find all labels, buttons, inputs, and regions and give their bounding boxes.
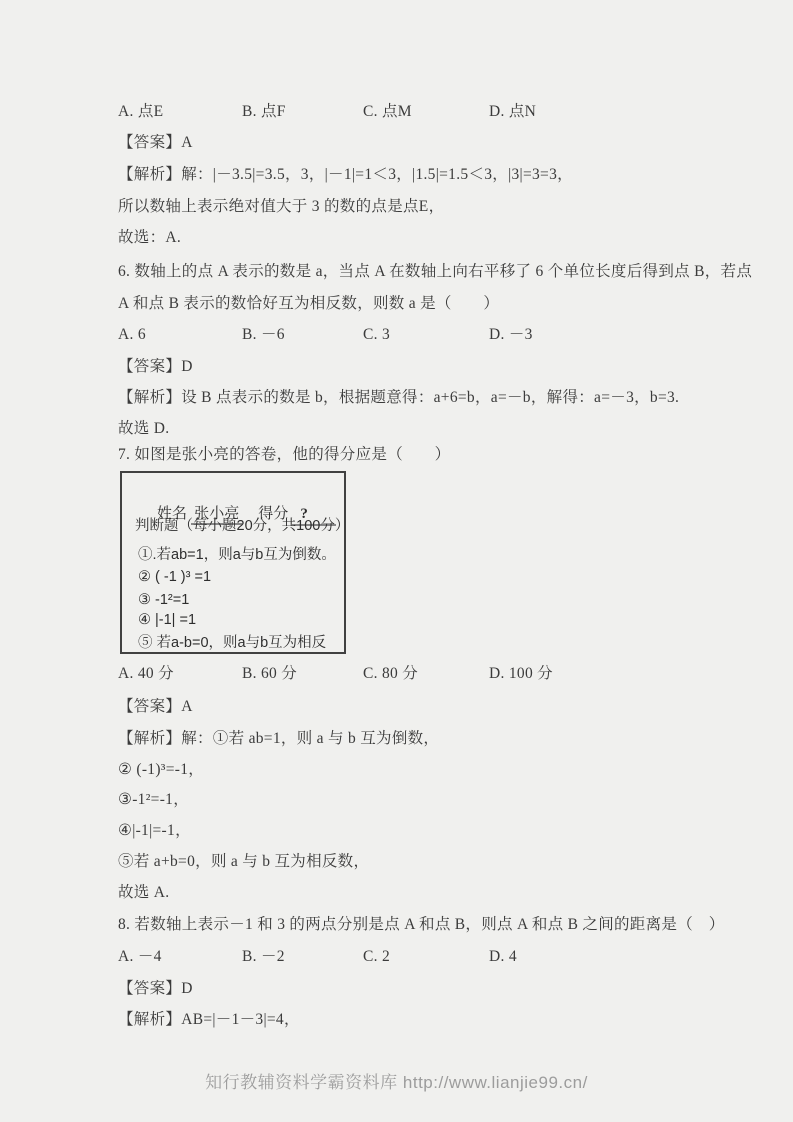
option-d: D. 4 <box>489 947 738 967</box>
question-7-analysis-line-2: ② (-1)³=-1， <box>118 760 204 780</box>
question-8-answer: 【答案】D <box>118 979 193 999</box>
option-a: A. 6 <box>118 325 242 345</box>
question-8-options-row: A. －4 B. －2 C. 2 D. 4 <box>118 947 738 967</box>
option-c: C. 点M <box>363 102 489 122</box>
option-b: B. 60 分 <box>242 664 363 684</box>
question-7-analysis-line-5: ⑤若 a+b=0，则 a 与 b 互为相反数， <box>118 852 369 872</box>
option-b: B. －6 <box>242 325 363 345</box>
question-5-analysis-line-1: 【解析】解：|－3.5|=3.5，3，|－1|=1＜3，|1.5|=1.5＜3，… <box>118 165 573 185</box>
question-7-conclusion: 故选 A. <box>118 883 169 903</box>
question-5-answer: 【答案】A <box>118 133 193 153</box>
option-c: C. 2 <box>363 947 489 967</box>
option-d: D. 100 分 <box>489 664 738 684</box>
answer-sheet-item-1: ①.若ab=1，则a与b互为倒数。 <box>138 543 336 564</box>
question-6-answer: 【答案】D <box>118 357 193 377</box>
option-b: B. －2 <box>242 947 363 967</box>
option-d: D. 点N <box>489 102 738 122</box>
question-7-options-row: A. 40 分 B. 60 分 C. 80 分 D. 100 分 <box>118 664 738 684</box>
question-5-options-row: A. 点E B. 点F C. 点M D. 点N <box>118 102 738 122</box>
option-a: A. 点E <box>118 102 242 122</box>
question-8-stem: 8. 若数轴上表示－1 和 3 的两点分别是点 A 和点 B，则点 A 和点 B… <box>118 915 725 935</box>
option-c: C. 80 分 <box>363 664 489 684</box>
question-7-stem: 7. 如图是张小亮的答卷，他的得分应是（ ） <box>118 445 450 465</box>
answer-sheet-item-2: ② ( -1 )³ =1 <box>138 569 211 585</box>
question-6-options-row: A. 6 B. －6 C. 3 D. －3 <box>118 325 738 345</box>
question-8-analysis: 【解析】AB=|－1－3|=4， <box>118 1010 300 1030</box>
answer-sheet-subtitle: 判断题（每小题20分，共100分） <box>135 514 349 535</box>
option-b: B. 点F <box>242 102 363 122</box>
question-6-conclusion: 故选 D. <box>118 419 169 439</box>
option-d: D. －3 <box>489 325 738 345</box>
site-watermark: 知行教辅资料学霸资料库 http://www.lianjie99.cn/ <box>0 1068 793 1093</box>
question-7-analysis-line-3: ③-1²=-1， <box>118 790 189 810</box>
question-5-analysis-line-2: 所以数轴上表示绝对值大于 3 的数的点是点E， <box>118 197 444 217</box>
answer-sheet-item-5: ⑤ 若a-b=0，则a与b互为相反 <box>138 631 326 652</box>
question-5-conclusion: 故选：A. <box>118 228 181 248</box>
question-6-analysis: 【解析】设 B 点表示的数是 b，根据题意得：a+6=b，a=－b，解得：a=－… <box>118 388 679 408</box>
question-6-stem-line-1: 6. 数轴上的点 A 表示的数是 a，当点 A 在数轴上向右平移了 6 个单位长… <box>118 262 752 282</box>
option-a: A. －4 <box>118 947 242 967</box>
question-7-answer: 【答案】A <box>118 697 193 717</box>
answer-sheet-item-4: ④ |-1| =1 <box>138 612 196 628</box>
option-a: A. 40 分 <box>118 664 242 684</box>
question-7-analysis-line-4: ④|-1|=-1， <box>118 821 191 841</box>
answer-sheet-figure: 姓名 张小亮得分 ? 判断题（每小题20分，共100分） ①.若ab=1，则a与… <box>120 471 346 654</box>
question-6-stem-line-2: A 和点 B 表示的数恰好互为相反数，则数 a 是（ ） <box>118 294 499 314</box>
option-c: C. 3 <box>363 325 489 345</box>
answer-sheet-item-3: ③ -1²=1 <box>138 592 189 608</box>
question-7-analysis-line-1: 【解析】解：①若 ab=1，则 a 与 b 互为倒数， <box>118 729 439 749</box>
